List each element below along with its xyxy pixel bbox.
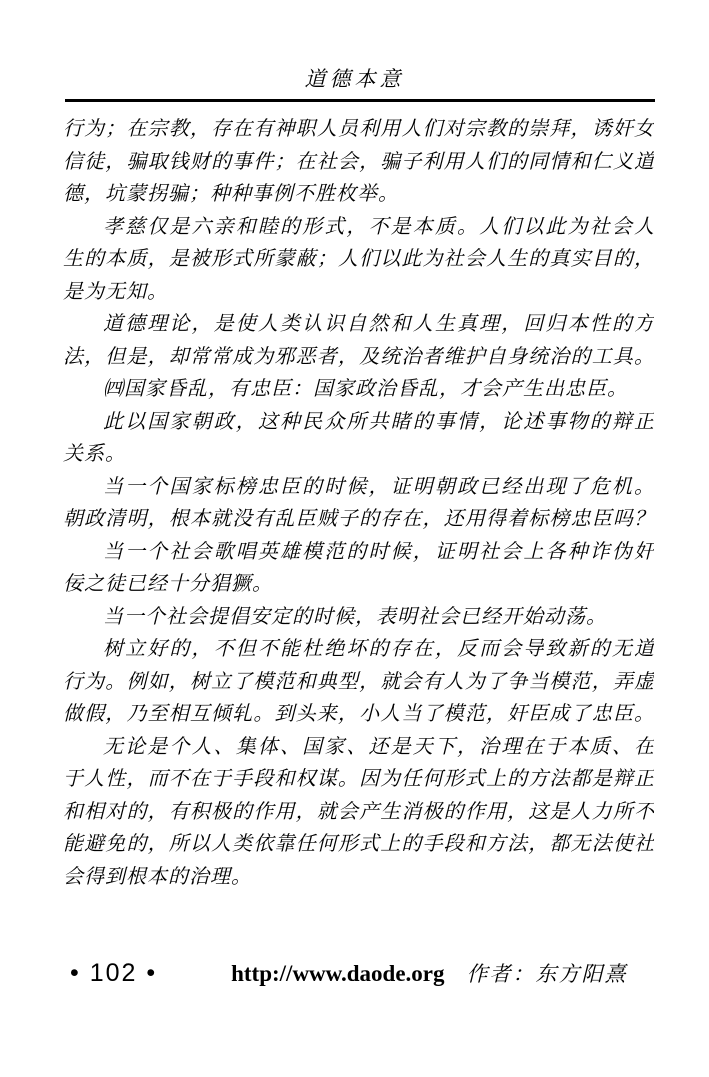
body-line: 行为。例如，树立了模范和典型，就会有人为了争当模范，弄虚: [63, 666, 654, 699]
body-line: 生的本质，是被形式所蒙蔽；人们以此为社会人生的真实目的，: [63, 243, 654, 276]
body-line: 和相对的，有积极的作用，就会产生消极的作用，这是人力所不: [63, 796, 654, 829]
body-text: 行为；在宗教，存在有神职人员利用人们对宗教的崇拜，诱奸女 信徒，骗取钱财的事件；…: [63, 113, 654, 893]
body-line: 信徒，骗取钱财的事件；在社会，骗子利用人们的同情和仁义道: [63, 146, 654, 179]
body-line: 做假，乃至相互倾轧。到头来，小人当了模范，奸臣成了忠臣。: [63, 698, 654, 731]
body-line: 德，坑蒙拐骗；种种事例不胜枚举。: [63, 178, 654, 211]
body-line: 于人性，而不在于手段和权谋。因为任何形式上的方法都是辩正: [63, 763, 654, 796]
body-line: 能避免的，所以人类依靠任何形式上的手段和方法，都无法使社: [63, 828, 654, 861]
body-line: 朝政清明，根本就没有乱臣贼子的存在，还用得着标榜忠臣吗？: [63, 503, 654, 536]
body-line: 佞之徒已经十分猖獗。: [63, 568, 654, 601]
body-line: 行为；在宗教，存在有神职人员利用人们对宗教的崇拜，诱奸女: [63, 113, 654, 146]
page-title: 道德本意: [0, 63, 709, 93]
page-number: • 102 •: [70, 959, 157, 988]
body-line: 此以国家朝政，这种民众所共睹的事情，论述事物的辩正: [63, 406, 654, 439]
body-line: 当一个国家标榜忠臣的时候，证明朝政已经出现了危机。: [63, 471, 654, 504]
page-footer: • 102 • http://www.daode.org 作者：东方阳熹: [70, 958, 655, 988]
body-line: 法，但是，却常常成为邪恶者，及统治者维护自身统治的工具。: [63, 341, 654, 374]
body-line: 道德理论，是使人类认识自然和人生真理，回归本性的方: [63, 308, 654, 341]
body-line: 是为无知。: [63, 276, 654, 309]
body-line: ㈣国家昏乱，有忠臣：国家政治昏乱，才会产生出忠臣。: [63, 373, 654, 406]
body-line: 会得到根本的治理。: [63, 861, 654, 894]
body-line: 树立好的，不但不能杜绝坏的存在，反而会导致新的无道: [63, 633, 654, 666]
document-page: 道德本意 行为；在宗教，存在有神职人员利用人们对宗教的崇拜，诱奸女 信徒，骗取钱…: [0, 0, 709, 1077]
body-line: 孝慈仅是六亲和睦的形式，不是本质。人们以此为社会人: [63, 211, 654, 244]
body-line: 无论是个人、集体、国家、还是天下，治理在于本质、在: [63, 731, 654, 764]
header-divider: [65, 99, 655, 102]
site-url: http://www.daode.org: [231, 961, 444, 987]
author-credit: 作者：东方阳熹: [467, 958, 628, 988]
body-line: 当一个社会歌唱英雄模范的时候，证明社会上各种诈伪奸: [63, 536, 654, 569]
body-line: 关系。: [63, 438, 654, 471]
body-line: 当一个社会提倡安定的时候，表明社会已经开始动荡。: [63, 601, 654, 634]
